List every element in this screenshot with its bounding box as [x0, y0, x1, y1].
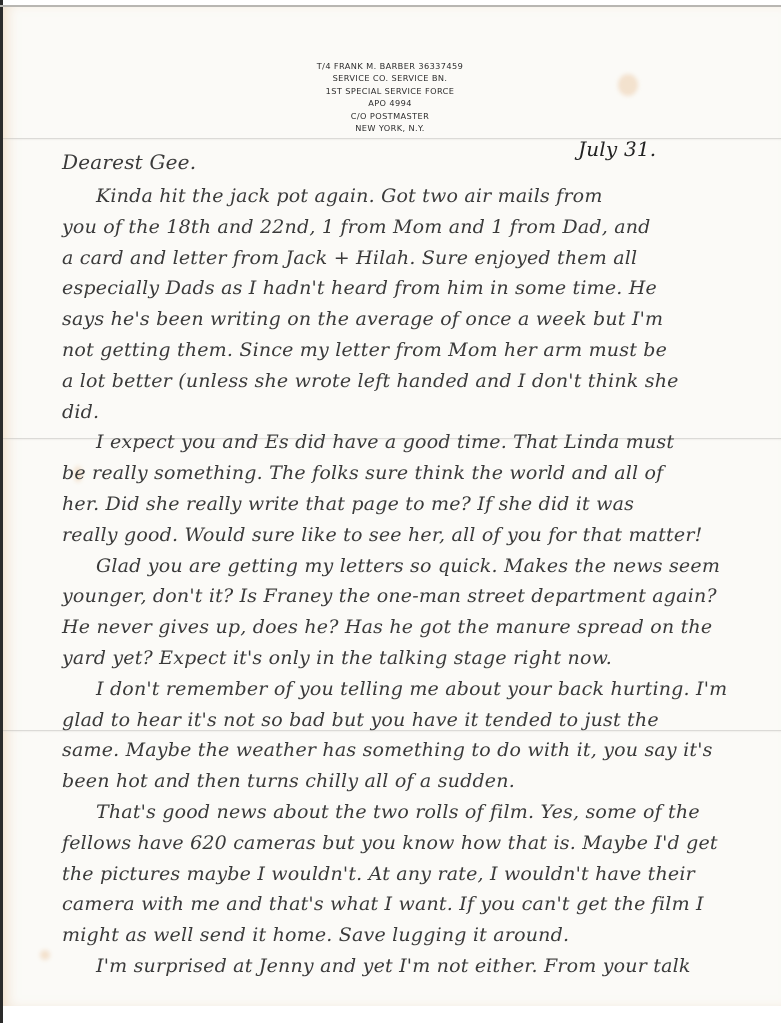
letter-body-line: He never gives up, does he? Has he got t… — [62, 616, 712, 638]
letter-body-line: a lot better (unless she wrote left hand… — [62, 370, 679, 392]
letterhead-line-apo: APO 4994 — [280, 97, 500, 109]
letter-body-line: I'm surprised at Jenny and yet I'm not e… — [96, 955, 691, 977]
letterhead: T/4 Frank M. Barber 36337459 Service Co.… — [280, 60, 500, 134]
paper-top-edge — [0, 5, 781, 7]
letterhead-line-name: T/4 Frank M. Barber 36337459 — [280, 60, 500, 72]
letter-body-line: I expect you and Es did have a good time… — [96, 431, 674, 453]
letter-body-line: fellows have 620 cameras but you know ho… — [62, 832, 718, 854]
letter-body-line: says he's been writing on the average of… — [62, 308, 663, 330]
fold-line — [3, 138, 781, 141]
letter-body-line: really good. Would sure like to see her,… — [62, 524, 702, 546]
letter-body-line: same. Maybe the weather has something to… — [62, 739, 713, 761]
letter-body-line: That's good news about the two rolls of … — [96, 801, 700, 823]
letter-body-line: be really something. The folks sure thin… — [62, 462, 663, 484]
letter-body-line: camera with me and that's what I want. I… — [62, 893, 704, 915]
letterhead-line-force: 1st Special Service Force — [280, 85, 500, 97]
letter-body-line: not getting them. Since my letter from M… — [62, 339, 667, 361]
paper-stain — [40, 950, 50, 960]
letter-body-line: yard yet? Expect it's only in the talkin… — [62, 647, 612, 669]
paper-stain — [618, 74, 638, 96]
letter-body-line: you of the 18th and 22nd, 1 from Mom and… — [62, 216, 651, 238]
letter-body-line: the pictures maybe I wouldn't. At any ra… — [62, 863, 695, 885]
letter-body-line: a card and letter from Jack + Hilah. Sur… — [62, 247, 637, 269]
letterhead-line-company: Service Co. Service Bn. — [280, 72, 500, 84]
letterhead-line-city: New York, N.Y. — [280, 122, 500, 134]
scanned-letter-page: T/4 Frank M. Barber 36337459 Service Co.… — [0, 0, 781, 1023]
letter-body-line: Kinda hit the jack pot again. Got two ai… — [96, 185, 603, 207]
letter-body-line: Glad you are getting my letters so quick… — [96, 555, 720, 577]
letter-salutation: Dearest Gee. — [62, 150, 196, 174]
letter-date: July 31. — [578, 137, 656, 161]
letter-body-line: younger, don't it? Is Franey the one-man… — [62, 585, 717, 607]
letter-body-line: glad to hear it's not so bad but you hav… — [62, 709, 659, 731]
letter-body-line: might as well send it home. Save lugging… — [62, 924, 569, 946]
letter-body-line: did. — [62, 401, 99, 423]
letter-body-line: her. Did she really write that page to m… — [62, 493, 634, 515]
letter-body-line: especially Dads as I hadn't heard from h… — [62, 277, 657, 299]
letter-body-line: been hot and then turns chilly all of a … — [62, 770, 515, 792]
letter-body-line: I don't remember of you telling me about… — [96, 678, 727, 700]
letterhead-line-postmaster: C/O Postmaster — [280, 110, 500, 122]
